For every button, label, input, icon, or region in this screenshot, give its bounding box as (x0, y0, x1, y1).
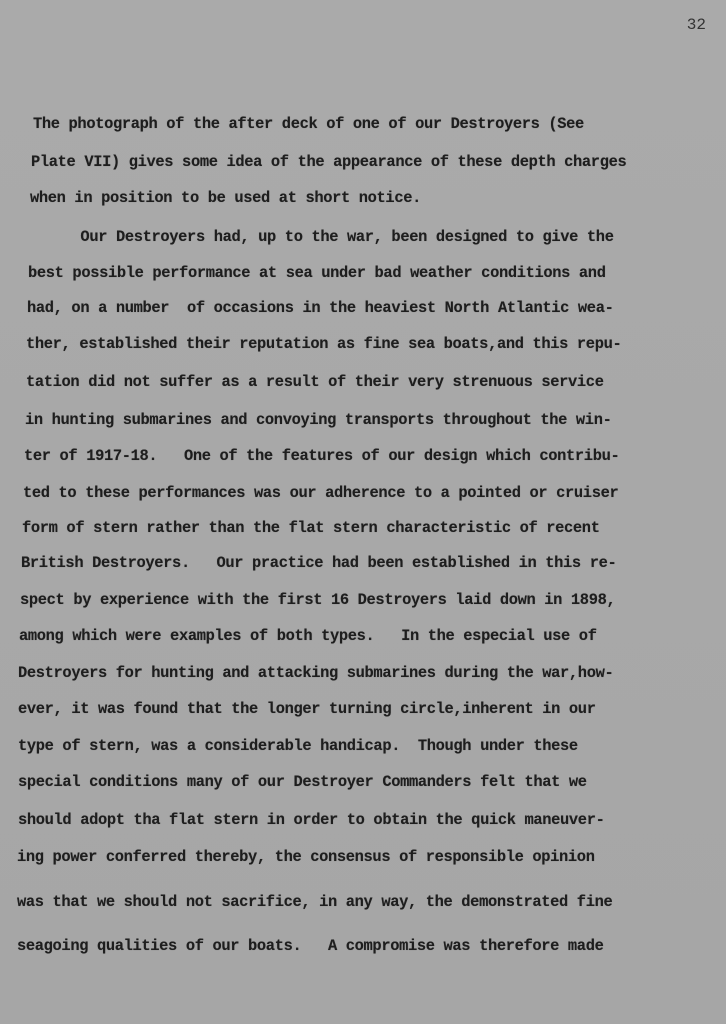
text-line: Destroyers for hunting and attacking sub… (18, 664, 613, 682)
document-page: 32 The photograph of the after deck of o… (0, 0, 726, 1024)
text-line: British Destroyers. Our practice had bee… (21, 554, 616, 572)
text-line: ther, established their reputation as fi… (26, 335, 621, 353)
text-line: among which were examples of both types.… (19, 627, 597, 645)
text-line: ing power conferred thereby, the consens… (17, 848, 595, 866)
text-line: form of stern rather than the flat stern… (22, 519, 600, 537)
text-line: should adopt tha flat stern in order to … (18, 811, 604, 829)
text-line: was that we should not sacrifice, in any… (17, 893, 612, 911)
text-line: best possible performance at sea under b… (28, 264, 606, 282)
text-line: seagoing qualities of our boats. A compr… (17, 937, 603, 955)
text-line: type of stern, was a considerable handic… (18, 737, 578, 755)
page-number: 32 (687, 16, 706, 34)
text-line: when in position to be used at short not… (30, 189, 421, 207)
text-line: Our Destroyers had, up to the war, been … (36, 228, 614, 246)
text-line: ted to these performances was our adhere… (23, 484, 618, 502)
text-line: Plate VII) gives some idea of the appear… (31, 153, 626, 171)
text-line: ter of 1917-18. One of the features of o… (24, 447, 619, 465)
text-line: ever, it was found that the longer turni… (18, 700, 596, 718)
text-line: in hunting submarines and convoying tran… (25, 411, 611, 429)
text-line: special conditions many of our Destroyer… (18, 773, 587, 791)
text-line: spect by experience with the first 16 De… (20, 591, 615, 609)
text-line: had, on a number of occasions in the hea… (27, 299, 613, 317)
text-line: The photograph of the after deck of one … (33, 115, 584, 133)
text-line: tation did not suffer as a result of the… (26, 373, 604, 391)
